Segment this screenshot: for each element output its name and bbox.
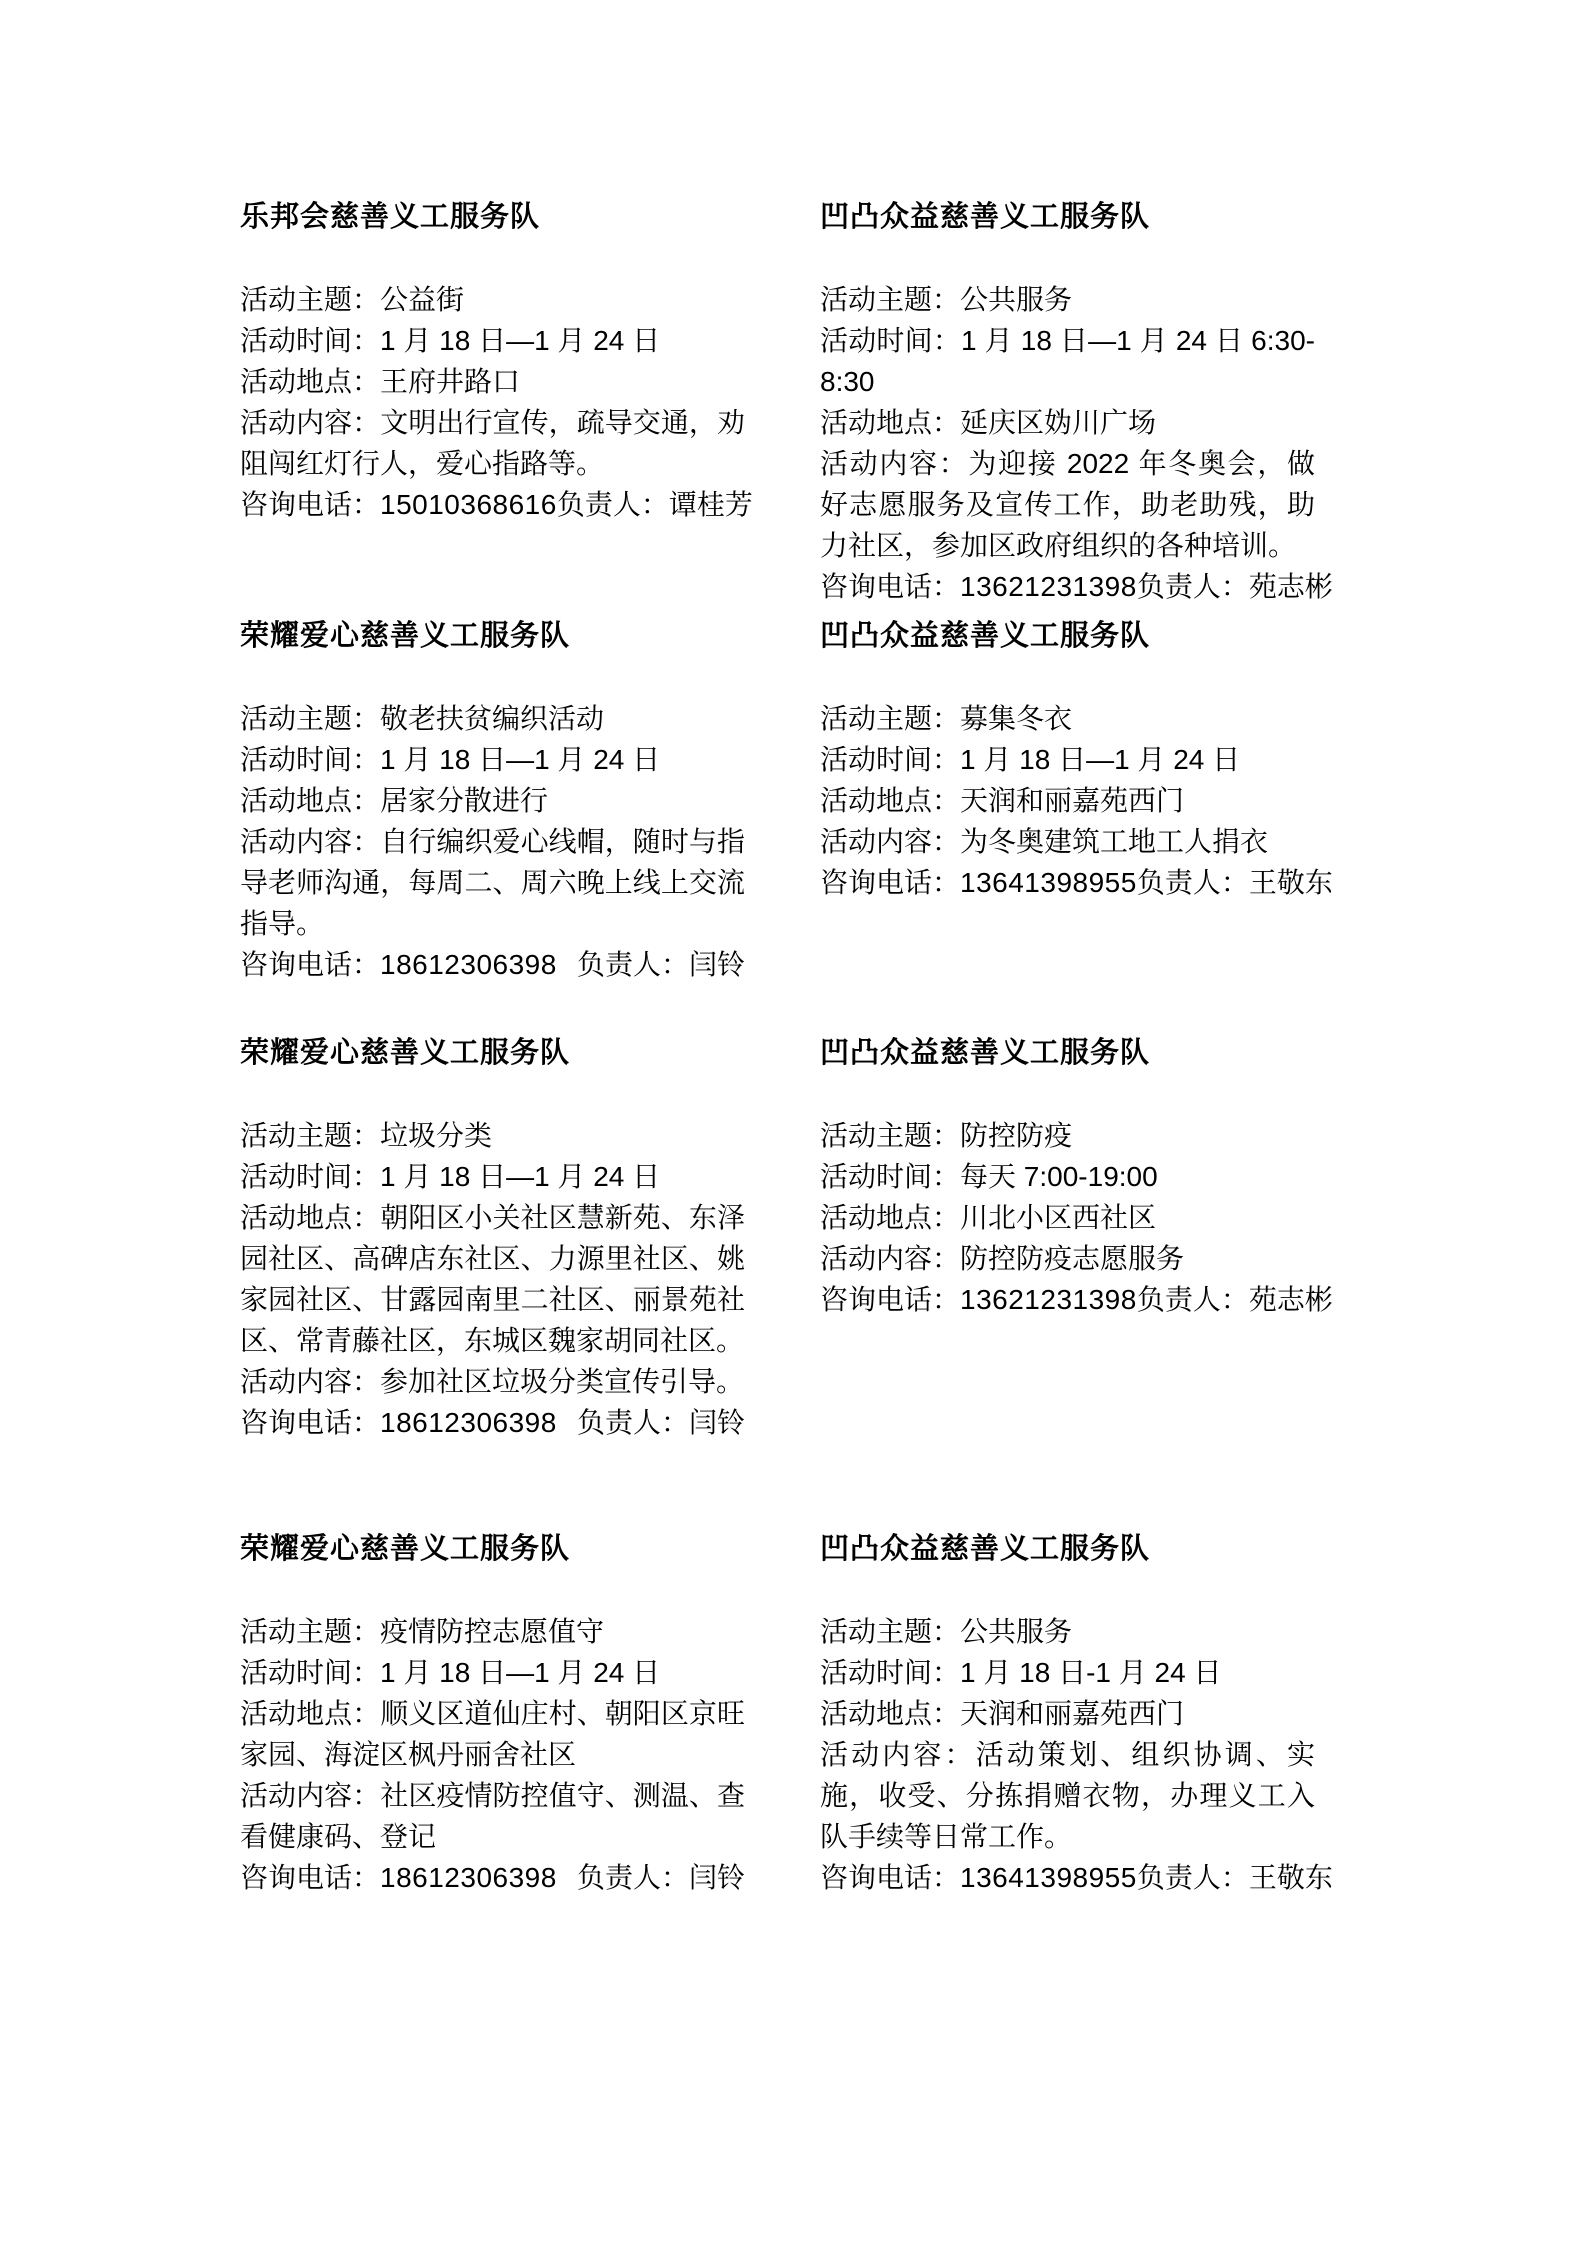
activity-location-line: 活动地点：川北小区西社区	[820, 1197, 1315, 1238]
activity-theme-line: 活动主题：防控防疫	[820, 1115, 1315, 1156]
location-label: 活动地点：	[240, 1202, 380, 1233]
time-value: 1 月 18 日—1 月 24 日	[380, 325, 660, 356]
contact-line: 咨询电话：13621231398负责人：苑志彬	[820, 1279, 1315, 1320]
manager-part: 负责人：谭桂芳	[557, 484, 753, 525]
phone-label: 咨询电话：	[240, 1862, 380, 1893]
location-value: 天润和丽嘉苑西门	[960, 1698, 1184, 1729]
content-label: 活动内容：	[240, 1366, 380, 1397]
time-label: 活动时间：	[820, 1161, 960, 1192]
activity-theme-line: 活动主题：募集冬衣	[820, 698, 1315, 739]
activity-theme-line: 活动主题：公共服务	[820, 279, 1315, 320]
content-label: 活动内容：	[820, 1243, 960, 1274]
activity-theme-line: 活动主题：敬老扶贫编织活动	[240, 698, 745, 739]
activity-content-line: 活动内容：文明出行宣传，疏导交通，劝阻闯红灯行人，爱心指路等。	[240, 402, 745, 484]
manager-label: 负责人：	[577, 1407, 689, 1438]
contact-line: 咨询电话：13641398955负责人：王敬东	[820, 1857, 1315, 1898]
phone-label: 咨询电话：	[240, 1407, 380, 1438]
activity-time-line: 活动时间：1 月 18 日—1 月 24 日	[240, 320, 745, 361]
phone-part: 咨询电话：18612306398	[240, 1402, 557, 1443]
theme-label: 活动主题：	[240, 1616, 380, 1647]
location-label: 活动地点：	[240, 366, 380, 397]
phone-part: 咨询电话：18612306398	[240, 944, 557, 985]
team-name: 荣耀爱心慈善义工服务队	[240, 615, 745, 657]
time-label: 活动时间：	[240, 325, 380, 356]
location-label: 活动地点：	[820, 1202, 960, 1233]
manager-part: 负责人：苑志彬	[1137, 566, 1333, 607]
team-activity-card: 凹凸众益慈善义工服务队 活动主题：公共服务 活动时间：1 月 18 日-1 月 …	[820, 1528, 1315, 1898]
phone-part: 咨询电话：13621231398	[820, 1279, 1137, 1320]
phone-part: 咨询电话：15010368616	[240, 484, 557, 525]
phone-label: 咨询电话：	[820, 867, 960, 898]
location-label: 活动地点：	[820, 407, 960, 438]
contact-line: 咨询电话：18612306398负责人：闫铃	[240, 1402, 745, 1443]
activity-time-line: 活动时间：1 月 18 日-1 月 24 日	[820, 1652, 1315, 1693]
team-name: 荣耀爱心慈善义工服务队	[240, 1032, 745, 1074]
manager-label: 负责人：	[557, 489, 669, 520]
phone-label: 咨询电话：	[820, 571, 960, 602]
activity-content-line: 活动内容：为迎接 2022 年冬奥会，做好志愿服务及宣传工作，助老助残，助力社区…	[820, 443, 1315, 566]
contact-line: 咨询电话：18612306398负责人：闫铃	[240, 1857, 745, 1898]
activity-theme-line: 活动主题：垃圾分类	[240, 1115, 745, 1156]
manager-part: 负责人：闫铃	[577, 944, 745, 985]
manager-name: 谭桂芳	[669, 489, 753, 520]
manager-label: 负责人：	[1137, 571, 1249, 602]
team-activity-card: 荣耀爱心慈善义工服务队 活动主题：疫情防控志愿值守 活动时间：1 月 18 日—…	[240, 1528, 745, 1898]
activity-location-line: 活动地点：王府井路口	[240, 361, 745, 402]
time-label: 活动时间：	[820, 325, 961, 356]
location-label: 活动地点：	[820, 785, 960, 816]
manager-part: 负责人：闫铃	[577, 1857, 745, 1898]
activity-theme-line: 活动主题：疫情防控志愿值守	[240, 1611, 745, 1652]
manager-name: 王敬东	[1249, 867, 1333, 898]
time-value: 1 月 18 日—1 月 24 日	[380, 1657, 660, 1688]
time-label: 活动时间：	[240, 1657, 380, 1688]
manager-name: 闫铃	[689, 1862, 745, 1893]
manager-part: 负责人：苑志彬	[1137, 1279, 1333, 1320]
phone-number: 13641398955	[960, 1862, 1137, 1893]
activity-location-line: 活动地点：延庆区妫川广场	[820, 402, 1315, 443]
theme-value: 敬老扶贫编织活动	[380, 703, 604, 734]
location-value: 天润和丽嘉苑西门	[960, 785, 1184, 816]
manager-name: 苑志彬	[1249, 1284, 1333, 1315]
phone-label: 咨询电话：	[820, 1284, 960, 1315]
content-label: 活动内容：	[240, 826, 380, 857]
activity-time-line: 活动时间：1 月 18 日—1 月 24 日	[820, 739, 1315, 780]
manager-label: 负责人：	[1137, 1862, 1249, 1893]
content-value: 防控防疫志愿服务	[960, 1243, 1184, 1274]
time-value: 1 月 18 日—1 月 24 日	[380, 1161, 660, 1192]
activity-content-line: 活动内容：防控防疫志愿服务	[820, 1238, 1315, 1279]
contact-line: 咨询电话：13641398955负责人：王敬东	[820, 862, 1315, 903]
theme-label: 活动主题：	[820, 703, 960, 734]
location-value: 居家分散进行	[380, 785, 548, 816]
time-label: 活动时间：	[240, 1161, 380, 1192]
manager-part: 负责人：王敬东	[1137, 1857, 1333, 1898]
time-label: 活动时间：	[820, 1657, 960, 1688]
block-row-2: 荣耀爱心慈善义工服务队 活动主题：敬老扶贫编织活动 活动时间：1 月 18 日—…	[240, 615, 1315, 985]
team-activity-card: 凹凸众益慈善义工服务队 活动主题：防控防疫 活动时间：每天 7:00-19:00…	[820, 1032, 1315, 1443]
content-value: 为冬奥建筑工地工人捐衣	[960, 826, 1268, 857]
team-activity-card: 乐邦会慈善义工服务队 活动主题：公益街 活动时间：1 月 18 日—1 月 24…	[240, 196, 745, 607]
activity-time-line: 活动时间：1 月 18 日—1 月 24 日	[240, 739, 745, 780]
phone-part: 咨询电话：18612306398	[240, 1857, 557, 1898]
manager-label: 负责人：	[577, 949, 689, 980]
activity-theme-line: 活动主题：公共服务	[820, 1611, 1315, 1652]
theme-value: 公共服务	[960, 1616, 1072, 1647]
activity-content-line: 活动内容：自行编织爱心线帽，随时与指导老师沟通，每周二、周六晚上线上交流指导。	[240, 821, 745, 944]
manager-label: 负责人：	[1137, 867, 1249, 898]
location-value: 延庆区妫川广场	[960, 407, 1156, 438]
theme-value: 公益街	[380, 284, 464, 315]
location-label: 活动地点：	[240, 1698, 380, 1729]
activity-location-line: 活动地点：天润和丽嘉苑西门	[820, 780, 1315, 821]
team-name: 荣耀爱心慈善义工服务队	[240, 1528, 745, 1570]
activity-theme-line: 活动主题：公益街	[240, 279, 745, 320]
phone-label: 咨询电话：	[240, 949, 380, 980]
phone-number: 18612306398	[380, 1862, 557, 1893]
team-name: 凹凸众益慈善义工服务队	[820, 1032, 1315, 1074]
team-activity-card: 凹凸众益慈善义工服务队 活动主题：募集冬衣 活动时间：1 月 18 日—1 月 …	[820, 615, 1315, 985]
time-value: 1 月 18 日-1 月 24 日	[960, 1657, 1221, 1688]
phone-part: 咨询电话：13621231398	[820, 566, 1137, 607]
team-name: 凹凸众益慈善义工服务队	[820, 1528, 1315, 1570]
theme-label: 活动主题：	[820, 1120, 960, 1151]
phone-part: 咨询电话：13641398955	[820, 1857, 1137, 1898]
activity-time-line: 活动时间：1 月 18 日—1 月 24 日	[240, 1652, 745, 1693]
block-row-1: 乐邦会慈善义工服务队 活动主题：公益街 活动时间：1 月 18 日—1 月 24…	[240, 196, 1315, 607]
theme-label: 活动主题：	[240, 284, 380, 315]
activity-time-line: 活动时间：每天 7:00-19:00	[820, 1156, 1315, 1197]
phone-number: 18612306398	[380, 1407, 557, 1438]
manager-name: 闫铃	[689, 949, 745, 980]
team-activity-card: 荣耀爱心慈善义工服务队 活动主题：敬老扶贫编织活动 活动时间：1 月 18 日—…	[240, 615, 745, 985]
time-value: 每天 7:00-19:00	[960, 1161, 1158, 1192]
theme-value: 疫情防控志愿值守	[380, 1616, 604, 1647]
time-value: 1 月 18 日—1 月 24 日	[380, 744, 660, 775]
manager-part: 负责人：王敬东	[1137, 862, 1333, 903]
activity-time-line: 活动时间：1 月 18 日—1 月 24 日	[240, 1156, 745, 1197]
manager-label: 负责人：	[1137, 1284, 1249, 1315]
document-page: 乐邦会慈善义工服务队 活动主题：公益街 活动时间：1 月 18 日—1 月 24…	[0, 0, 1587, 2245]
theme-label: 活动主题：	[240, 1120, 380, 1151]
manager-name: 闫铃	[689, 1407, 745, 1438]
theme-label: 活动主题：	[820, 284, 960, 315]
activity-content-line: 活动内容：活动策划、组织协调、实施，收受、分拣捐赠衣物，办理义工入队手续等日常工…	[820, 1734, 1315, 1857]
activity-location-line: 活动地点：居家分散进行	[240, 780, 745, 821]
theme-value: 防控防疫	[960, 1120, 1072, 1151]
phone-number: 18612306398	[380, 949, 557, 980]
content-label: 活动内容：	[820, 826, 960, 857]
team-activity-card: 凹凸众益慈善义工服务队 活动主题：公共服务 活动时间：1 月 18 日—1 月 …	[820, 196, 1315, 607]
phone-number: 13621231398	[960, 1284, 1137, 1315]
activity-location-line: 活动地点：顺义区道仙庄村、朝阳区京旺家园、海淀区枫丹丽舍社区	[240, 1693, 745, 1775]
activity-content-line: 活动内容：社区疫情防控值守、测温、查看健康码、登记	[240, 1775, 745, 1857]
content-label: 活动内容：	[240, 1780, 380, 1811]
content-label: 活动内容：	[820, 1739, 976, 1770]
phone-label: 咨询电话：	[240, 489, 380, 520]
team-name: 凹凸众益慈善义工服务队	[820, 196, 1315, 238]
content-label: 活动内容：	[240, 407, 380, 438]
activity-content-line: 活动内容：参加社区垃圾分类宣传引导。	[240, 1361, 745, 1402]
team-name: 凹凸众益慈善义工服务队	[820, 615, 1315, 657]
contact-line: 咨询电话：13621231398负责人：苑志彬	[820, 566, 1315, 607]
activity-location-line: 活动地点：朝阳区小关社区慧新苑、东泽园社区、高碑店东社区、力源里社区、姚家园社区…	[240, 1197, 745, 1361]
phone-number: 13621231398	[960, 571, 1137, 602]
team-activity-card: 荣耀爱心慈善义工服务队 活动主题：垃圾分类 活动时间：1 月 18 日—1 月 …	[240, 1032, 745, 1443]
manager-name: 苑志彬	[1249, 571, 1333, 602]
time-value: 1 月 18 日—1 月 24 日	[960, 744, 1240, 775]
location-value: 川北小区西社区	[960, 1202, 1156, 1233]
contact-line: 咨询电话：18612306398负责人：闫铃	[240, 944, 745, 985]
block-row-3: 荣耀爱心慈善义工服务队 活动主题：垃圾分类 活动时间：1 月 18 日—1 月 …	[240, 1032, 1315, 1443]
phone-number: 15010368616	[380, 489, 557, 520]
activity-time-line: 活动时间：1 月 18 日—1 月 24 日 6:30-8:30	[820, 320, 1315, 402]
manager-name: 王敬东	[1249, 1862, 1333, 1893]
contact-line: 咨询电话：15010368616负责人：谭桂芳	[240, 484, 745, 525]
theme-value: 公共服务	[960, 284, 1072, 315]
manager-part: 负责人：闫铃	[577, 1402, 745, 1443]
location-value: 王府井路口	[380, 366, 520, 397]
content-value: 参加社区垃圾分类宣传引导。	[380, 1366, 744, 1397]
theme-value: 垃圾分类	[380, 1120, 492, 1151]
location-label: 活动地点：	[240, 785, 380, 816]
time-label: 活动时间：	[240, 744, 380, 775]
phone-part: 咨询电话：13641398955	[820, 862, 1137, 903]
phone-number: 13641398955	[960, 867, 1137, 898]
block-row-4: 荣耀爱心慈善义工服务队 活动主题：疫情防控志愿值守 活动时间：1 月 18 日—…	[240, 1528, 1315, 1898]
theme-value: 募集冬衣	[960, 703, 1072, 734]
theme-label: 活动主题：	[240, 703, 380, 734]
time-label: 活动时间：	[820, 744, 960, 775]
manager-label: 负责人：	[577, 1862, 689, 1893]
theme-label: 活动主题：	[820, 1616, 960, 1647]
activity-location-line: 活动地点：天润和丽嘉苑西门	[820, 1693, 1315, 1734]
team-name: 乐邦会慈善义工服务队	[240, 196, 745, 238]
phone-label: 咨询电话：	[820, 1862, 960, 1893]
activity-content-line: 活动内容：为冬奥建筑工地工人捐衣	[820, 821, 1315, 862]
location-label: 活动地点：	[820, 1698, 960, 1729]
content-label: 活动内容：	[820, 448, 968, 479]
